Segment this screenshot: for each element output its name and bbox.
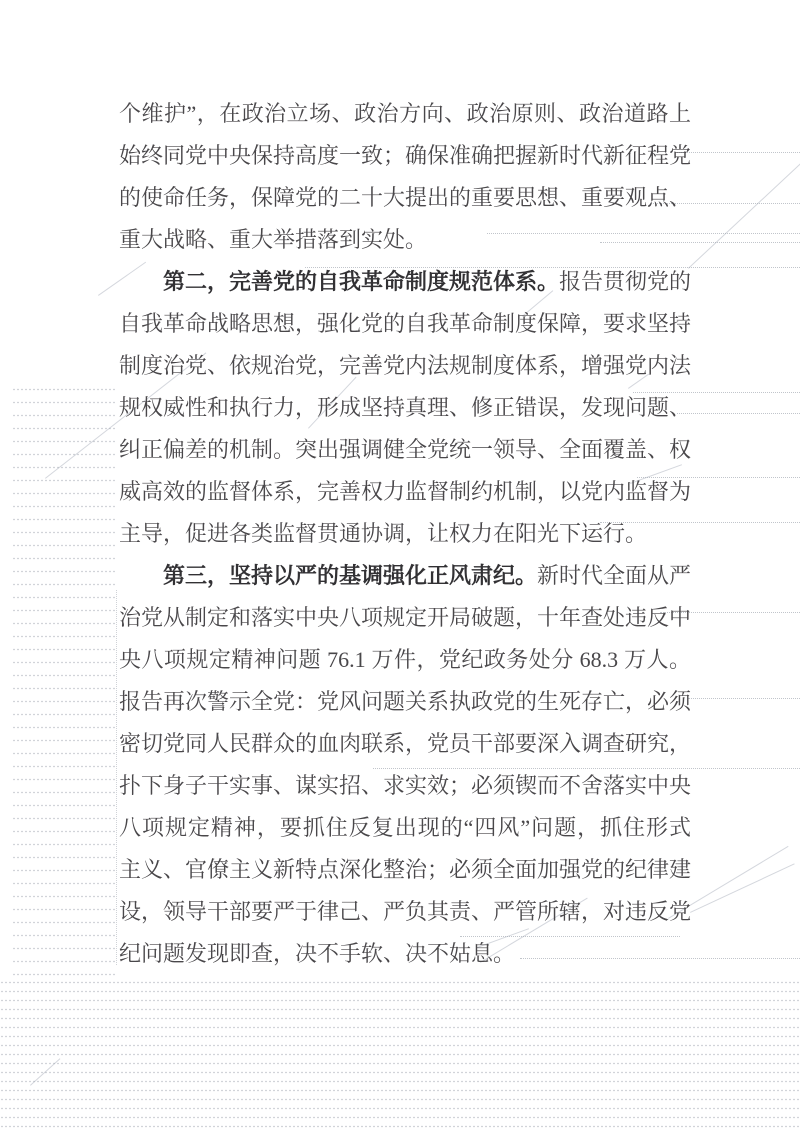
scan-artifact-line	[677, 152, 800, 153]
text-line: 密切党同人民群众的血肉联系，党员干部要深入调查研究，	[119, 723, 691, 765]
text-line: 重大战略、重大举措落到实处。	[119, 219, 691, 261]
text-segment: 规权威性和执行力，形成坚持真理、修正错误，发现问题、	[119, 395, 691, 420]
text-segment: 密切党同人民群众的血肉联系，党员干部要深入调查研究，	[119, 731, 691, 756]
text-segment: 自我革命战略思想，强化党的自我革命制度保障，要求坚持	[119, 311, 691, 336]
text-segment: 八项规定精神，要抓住反复出现的“四风”问题，抓住形式	[119, 815, 691, 840]
text-line: 扑下身子干实事、谋实招、求实效；必须锲而不舍落实中央	[119, 765, 691, 807]
text-line: 第三，坚持以严的基调强化正风肃纪。新时代全面从严	[119, 555, 691, 597]
scan-texture-bottom	[0, 978, 800, 1131]
text-segment: 设，领导干部要严于律己、严负其责、严管所辖，对违反党	[119, 899, 691, 924]
text-line: 纠正偏差的机制。突出强调健全党统一领导、全面覆盖、权	[119, 429, 691, 471]
text-line: 第二，完善党的自我革命制度规范体系。报告贯彻党的	[119, 261, 691, 303]
scan-artifact-diagonal	[30, 1058, 60, 1086]
text-line: 主导，促进各类监督贯通协调，让权力在阳光下运行。	[119, 513, 691, 555]
text-line: 报告再次警示全党：党风问题关系执政党的生死存亡，必须	[119, 681, 691, 723]
text-block: 个维护”，在政治立场、政治方向、政治原则、政治道路上始终同党中央保持高度一致；确…	[119, 93, 691, 975]
scan-artifact-line	[677, 413, 800, 414]
document-page: 个维护”，在政治立场、政治方向、政治原则、政治道路上始终同党中央保持高度一致；确…	[0, 0, 800, 1131]
text-segment: 纪问题发现即查，决不手软、决不姑息。	[119, 941, 515, 966]
text-line: 纪问题发现即查，决不手软、决不姑息。	[119, 933, 691, 975]
text-line: 设，领导干部要严于律己、严负其责、严管所辖，对违反党	[119, 891, 691, 933]
text-segment: 制度治党、依规治党，完善党内法规制度体系，增强党内法	[119, 353, 691, 378]
heading-segment: 第二，完善党的自我革命制度规范体系。	[163, 269, 559, 294]
text-line: 制度治党、依规治党，完善党内法规制度体系，增强党内法	[119, 345, 691, 387]
text-line: 的使命任务，保障党的二十大提出的重要思想、重要观点、	[119, 177, 691, 219]
text-segment: 纠正偏差的机制。突出强调健全党统一领导、全面覆盖、权	[119, 437, 691, 462]
text-segment: 个维护”，在政治立场、政治方向、政治原则、政治道路上	[119, 101, 691, 126]
scan-artifact-line	[116, 590, 117, 965]
text-line: 治党从制定和落实中央八项规定开局破题，十年查处违反中	[119, 597, 691, 639]
text-line: 个维护”，在政治立场、政治方向、政治原则、政治道路上	[119, 93, 691, 135]
text-line: 八项规定精神，要抓住反复出现的“四风”问题，抓住形式	[119, 807, 691, 849]
scan-artifact-diagonal	[690, 863, 795, 913]
text-segment: 的使命任务，保障党的二十大提出的重要思想、重要观点、	[119, 185, 691, 210]
text-line: 央八项规定精神问题 76.1 万件，党纪政务处分 68.3 万人。	[119, 639, 691, 681]
text-segment: 扑下身子干实事、谋实招、求实效；必须锲而不舍落实中央	[119, 773, 691, 798]
scan-texture-left	[12, 383, 116, 978]
text-segment: 新时代全面从严	[537, 563, 691, 588]
text-segment: 主导，促进各类监督贯通协调，让权力在阳光下运行。	[119, 521, 647, 546]
text-segment: 始终同党中央保持高度一致；确保准确把握新时代新征程党	[119, 143, 691, 168]
text-segment: 央八项规定精神问题 76.1 万件，党纪政务处分 68.3 万人。	[119, 647, 691, 672]
text-line: 威高效的监督体系，完善权力监督制约机制，以党内监督为	[119, 471, 691, 513]
text-segment: 报告再次警示全党：党风问题关系执政党的生死存亡，必须	[119, 689, 691, 714]
text-line: 始终同党中央保持高度一致；确保准确把握新时代新征程党	[119, 135, 691, 177]
text-line: 主义、官僚主义新特点深化整治；必须全面加强党的纪律建	[119, 849, 691, 891]
text-line: 自我革命战略思想，强化党的自我革命制度保障，要求坚持	[119, 303, 691, 345]
heading-segment: 第三，坚持以严的基调强化正风肃纪。	[163, 563, 537, 588]
scan-artifact-diagonal	[688, 162, 800, 268]
text-segment: 报告贯彻党的	[559, 269, 691, 294]
text-segment: 威高效的监督体系，完善权力监督制约机制，以党内监督为	[119, 479, 691, 504]
text-line: 规权威性和执行力，形成坚持真理、修正错误，发现问题、	[119, 387, 691, 429]
text-segment: 主义、官僚主义新特点深化整治；必须全面加强党的纪律建	[119, 857, 691, 882]
text-segment: 治党从制定和落实中央八项规定开局破题，十年查处违反中	[119, 605, 691, 630]
scan-artifact-line	[688, 698, 800, 699]
text-segment: 重大战略、重大举措落到实处。	[119, 227, 427, 252]
